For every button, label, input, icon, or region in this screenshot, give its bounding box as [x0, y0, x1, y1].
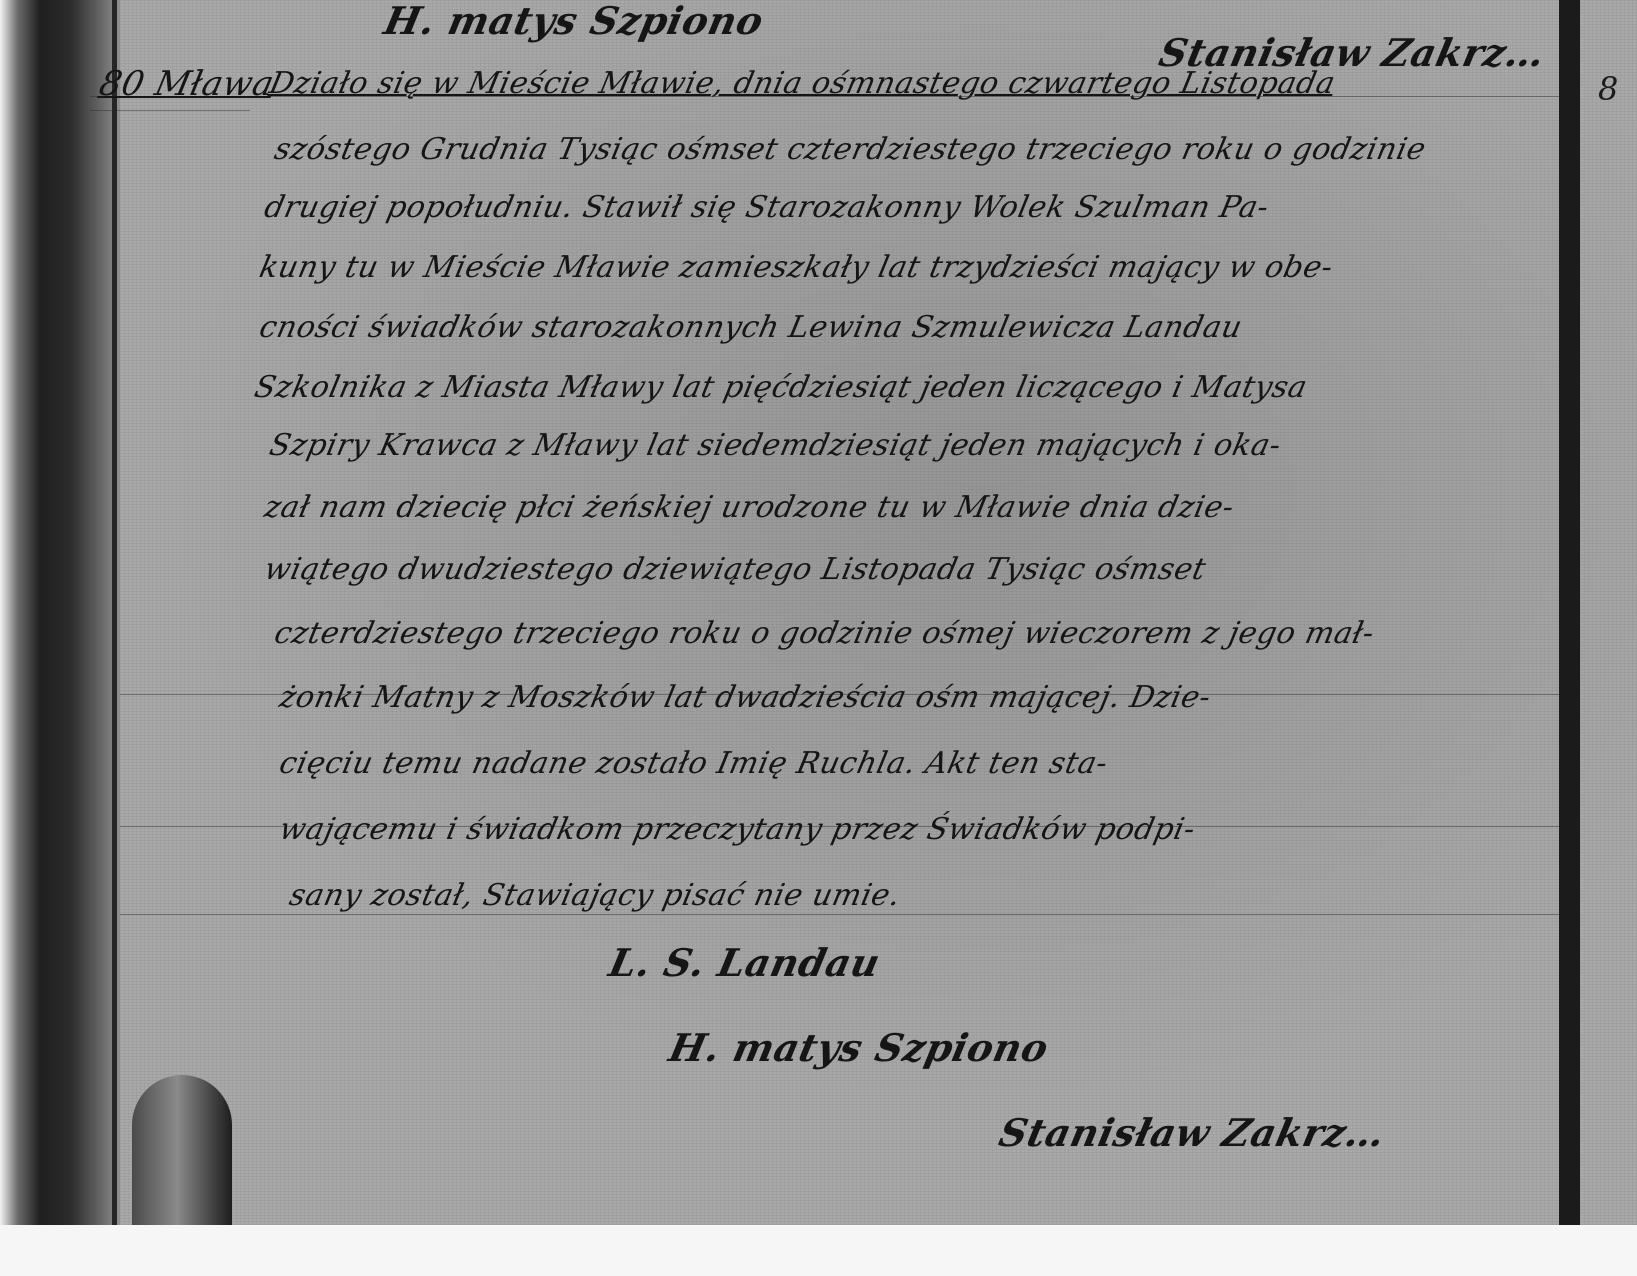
text-line-13: wającemu i świadkom przeczytany przez Św… [276, 812, 1198, 847]
text-line-5: cności świadków starozakonnych Lewina Sz… [256, 310, 1245, 345]
scanned-page: 8 H. matys Szpiono Stanisław Zakrz… 80 M… [0, 0, 1637, 1225]
ruled-line [120, 914, 1560, 915]
margin-entry-number-place: 80 Mława [96, 64, 278, 104]
text-line-9: wiątego dwudziestego dziewiątego Listopa… [261, 552, 1209, 587]
text-line-4: kuny tu w Mieście Mławie zamieszkały lat… [256, 250, 1336, 285]
scan-bottom-margin [0, 1225, 1637, 1276]
text-line-3: drugiej popołudniu. Stawił się Starozako… [261, 190, 1272, 225]
page-column-divider [1559, 0, 1580, 1225]
next-page-margin-number: 8 [1598, 70, 1618, 108]
signature-top-center: H. matys Szpiono [380, 0, 767, 43]
signature-witness-landau: L. S. Landau [605, 940, 884, 985]
thumb-silhouette [132, 1075, 232, 1225]
text-line-8: zał nam dziecię płci żeńskiej urodzone t… [261, 490, 1237, 525]
text-line-7: Szpiry Krawca z Mławy lat siedemdziesiąt… [266, 428, 1284, 463]
binding-edge-line [112, 0, 117, 1225]
text-line-10: czterdziestego trzeciego roku o godzinie… [271, 616, 1377, 651]
text-line-11: żonki Matny z Moszków lat dwadzieścia oś… [276, 680, 1214, 715]
signature-official: Stanisław Zakrz… [995, 1110, 1389, 1155]
text-line-14: sany został, Stawiający pisać nie umie. [286, 878, 903, 913]
text-line-2: szóstego Grudnia Tysiąc ośmset czterdzie… [271, 132, 1429, 167]
text-line-6: Szkolnika z Miasta Mławy lat pięćdziesią… [251, 370, 1310, 405]
signature-witness-szpiono: H. matys Szpiono [665, 1025, 1052, 1070]
text-line-1: Działo się w Mieście Mławie, dnia ośmnas… [266, 66, 1338, 101]
text-line-12: cięciu temu nadane zostało Imię Ruchla. … [276, 746, 1111, 781]
book-binding-shadow [0, 0, 120, 1225]
ruled-line [90, 110, 250, 111]
